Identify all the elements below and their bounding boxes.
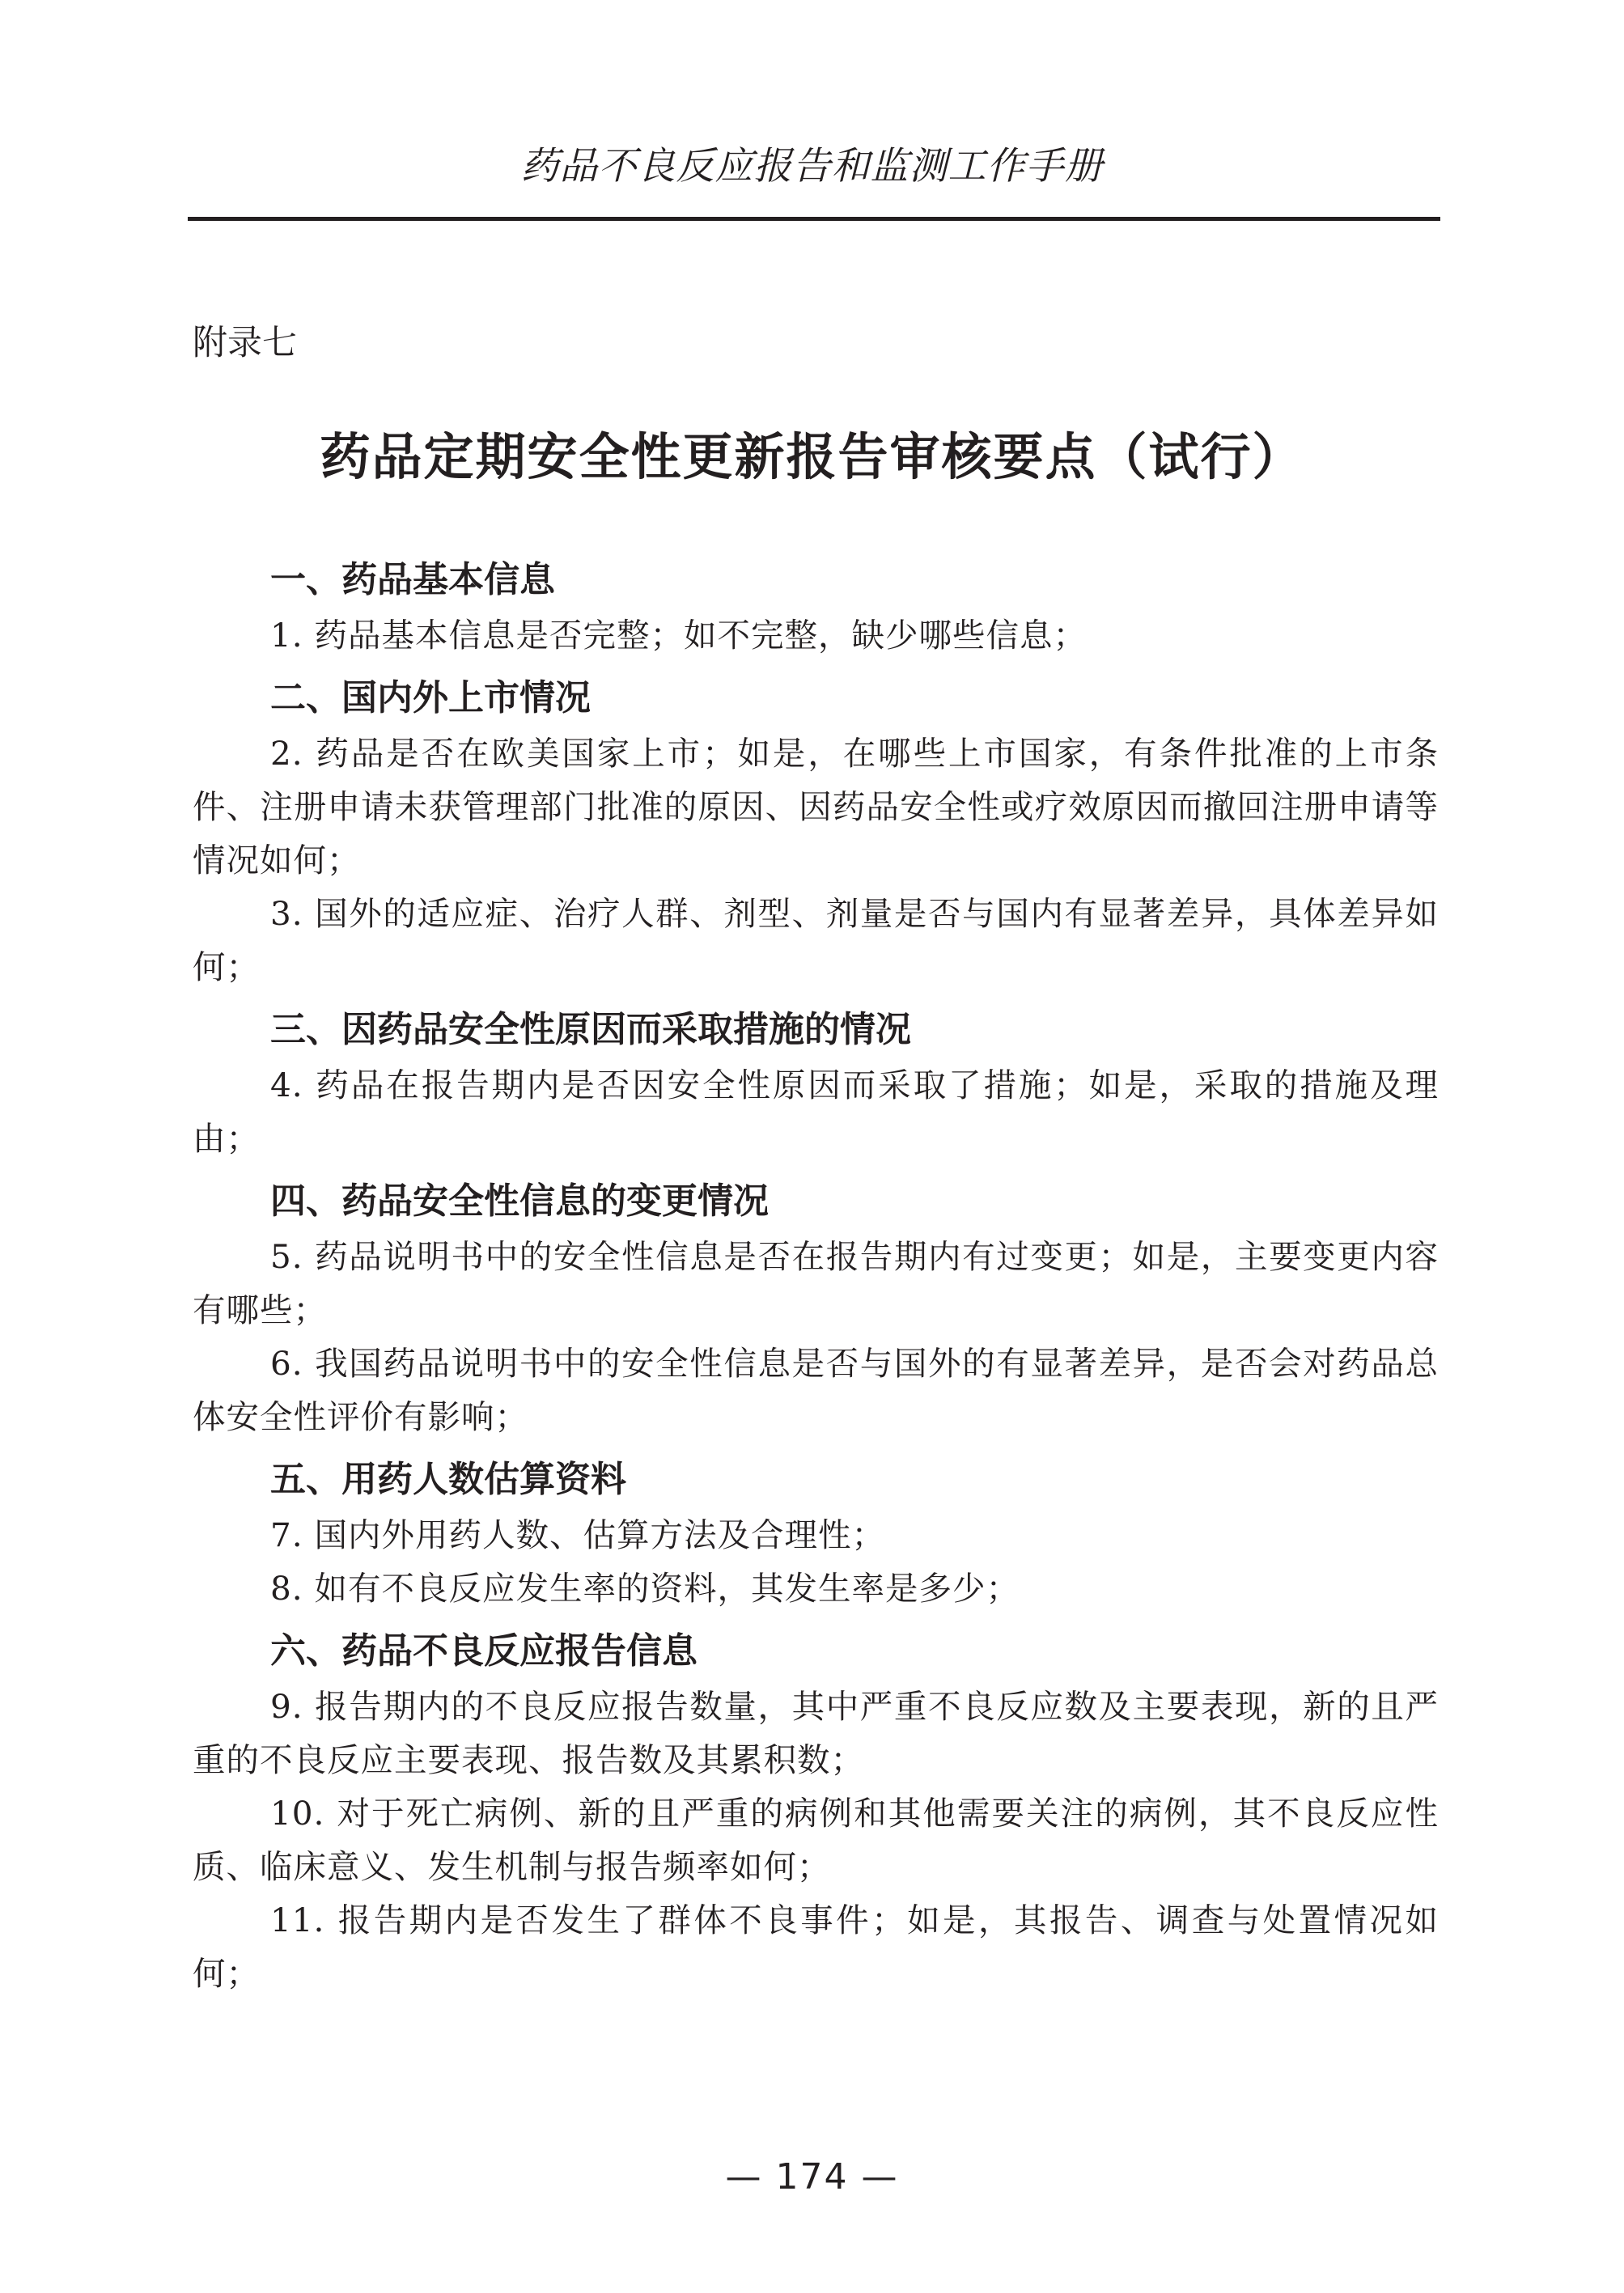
section-heading: 二、国内外上市情况 — [193, 670, 1439, 727]
section-adr-reports: 六、药品不良反应报告信息 9. 报告期内的不良反应报告数量，其中严重不良反应数及… — [193, 1623, 1439, 2000]
review-item: 8. 如有不良反应发生率的资料，其发生率是多少； — [193, 1562, 1439, 1615]
section-patient-exposure: 五、用药人数估算资料 7. 国内外用药人数、估算方法及合理性； 8. 如有不良反… — [193, 1452, 1439, 1615]
review-item: 4. 药品在报告期内是否因安全性原因而采取了措施；如是，采取的措施及理由； — [193, 1058, 1439, 1165]
page-number: — 174 — — [0, 2156, 1624, 2198]
document-body: 一、药品基本信息 1. 药品基本信息是否完整；如不完整，缺少哪些信息； 二、国内… — [193, 544, 1439, 2000]
review-item: 3. 国外的适应症、治疗人群、剂型、剂量是否与国内有显著差异，具体差异如何； — [193, 887, 1439, 994]
section-heading: 六、药品不良反应报告信息 — [193, 1623, 1439, 1680]
review-item: 1. 药品基本信息是否完整；如不完整，缺少哪些信息； — [193, 608, 1439, 662]
review-item: 2. 药品是否在欧美国家上市；如是，在哪些上市国家，有条件批准的上市条件、注册申… — [193, 727, 1439, 887]
document-title: 药品定期安全性更新报告审核要点（试行） — [0, 417, 1624, 489]
review-item: 5. 药品说明书中的安全性信息是否在报告期内有过变更；如是，主要变更内容有哪些； — [193, 1230, 1439, 1337]
header-divider — [188, 217, 1440, 221]
section-heading: 三、因药品安全性原因而采取措施的情况 — [193, 1002, 1439, 1058]
review-item: 10. 对于死亡病例、新的且严重的病例和其他需要关注的病例，其不良反应性质、临床… — [193, 1787, 1439, 1893]
section-safety-info-changes: 四、药品安全性信息的变更情况 5. 药品说明书中的安全性信息是否在报告期内有过变… — [193, 1173, 1439, 1443]
review-item: 11. 报告期内是否发生了群体不良事件；如是，其报告、调查与处置情况如何； — [193, 1893, 1439, 2000]
section-heading: 一、药品基本信息 — [193, 552, 1439, 608]
section-heading: 五、用药人数估算资料 — [193, 1452, 1439, 1508]
section-market-status: 二、国内外上市情况 2. 药品是否在欧美国家上市；如是，在哪些上市国家，有条件批… — [193, 670, 1439, 994]
review-item: 9. 报告期内的不良反应报告数量，其中严重不良反应数及主要表现，新的且严重的不良… — [193, 1680, 1439, 1787]
running-header-title: 药品不良反应报告和监测工作手册 — [0, 136, 1624, 190]
section-safety-measures: 三、因药品安全性原因而采取措施的情况 4. 药品在报告期内是否因安全性原因而采取… — [193, 1002, 1439, 1165]
section-basic-info: 一、药品基本信息 1. 药品基本信息是否完整；如不完整，缺少哪些信息； — [193, 552, 1439, 662]
review-item: 6. 我国药品说明书中的安全性信息是否与国外的有显著差异，是否会对药品总体安全性… — [193, 1337, 1439, 1443]
section-heading: 四、药品安全性信息的变更情况 — [193, 1173, 1439, 1230]
review-item: 7. 国内外用药人数、估算方法及合理性； — [193, 1508, 1439, 1562]
appendix-label: 附录七 — [193, 316, 297, 365]
